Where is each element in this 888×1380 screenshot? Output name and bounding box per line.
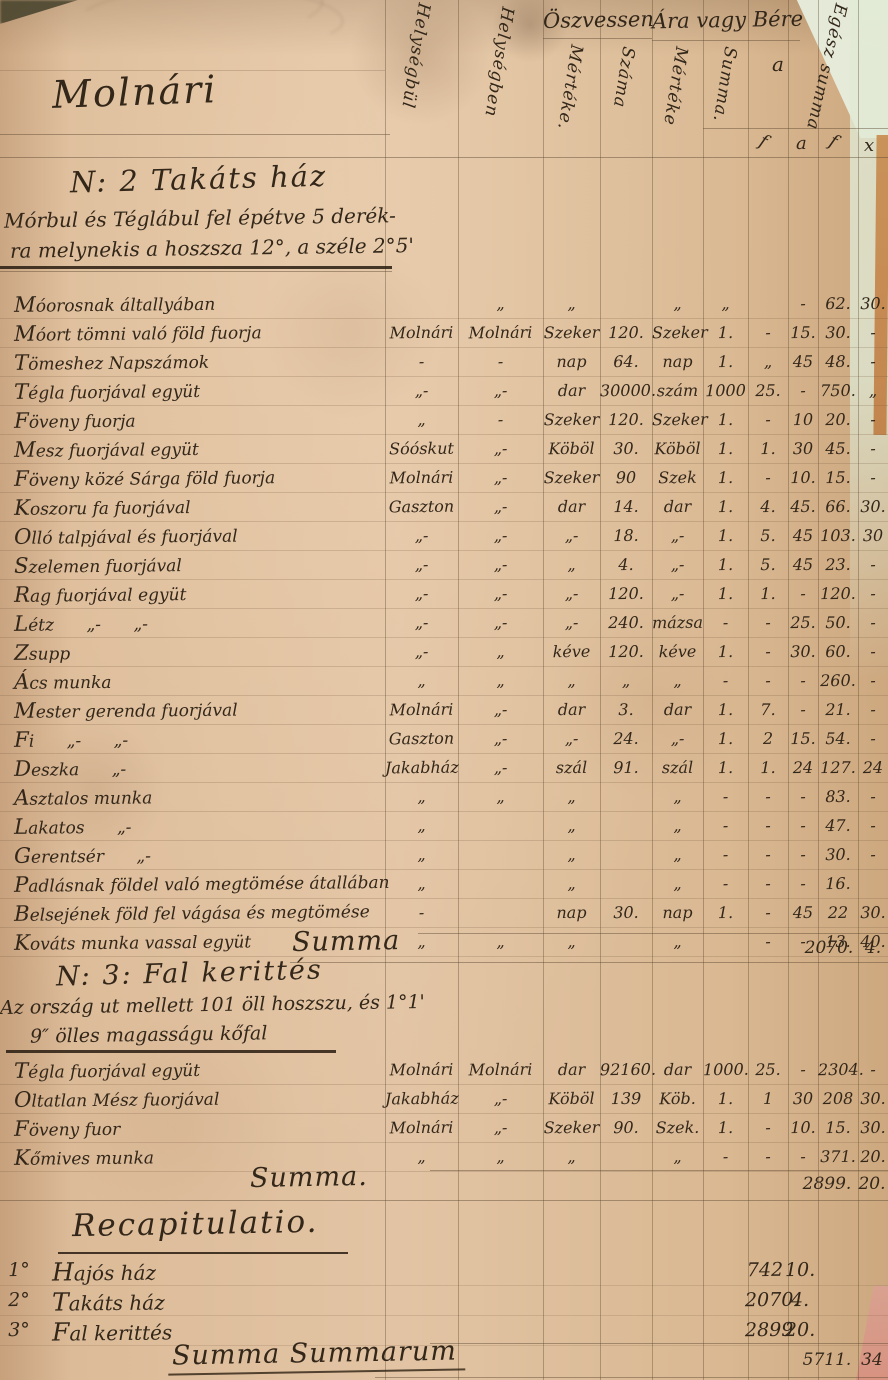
cell: -	[748, 470, 788, 486]
cell: Molnári	[458, 325, 543, 342]
grand-total-line	[375, 1377, 888, 1378]
cell: „-	[458, 1091, 543, 1108]
summa-line	[0, 1200, 888, 1201]
cell: nap	[543, 905, 600, 922]
section-description: 9″ ölles magasságu kőfal	[30, 1022, 268, 1047]
item-description: Móort tömni való föld fuorja	[0, 320, 385, 345]
cell: nap	[652, 354, 703, 371]
cell	[579, 1300, 630, 1301]
column-header-in: Helységben	[475, 5, 518, 154]
cell: 1000	[703, 383, 748, 399]
cell: 208	[818, 1091, 858, 1107]
cell: 20.	[858, 1149, 888, 1165]
recap-row: 2°Takáts ház2070.4.	[0, 1286, 888, 1316]
cell: -	[703, 847, 748, 863]
cell: -	[858, 441, 888, 457]
cell: 83.	[818, 789, 858, 805]
cell: „	[652, 847, 703, 864]
cell: -	[858, 731, 888, 747]
cell: 1.	[703, 586, 748, 602]
cell: „	[652, 673, 703, 690]
item-description: Tömeshez Napszámok	[0, 349, 385, 374]
table-row: Föveny fuorMolnári„-Szeker90.Szek.1.-10.…	[0, 1114, 888, 1143]
table-row: Gerentsér „-„„„---30.-	[0, 841, 888, 870]
cell: -	[748, 789, 788, 805]
item-description: Lakatos „-	[0, 813, 385, 838]
cell: Szeker	[543, 412, 600, 429]
cell: kéve	[543, 644, 600, 661]
cell: 92160.	[600, 1062, 652, 1079]
cell: 1	[748, 1091, 788, 1107]
cell: -	[385, 905, 458, 922]
cell: „	[458, 934, 543, 951]
recap-rows: 1°Hajós ház74210.2°Takáts ház2070.4.3°Fa…	[0, 1256, 888, 1346]
cell: „-	[385, 586, 458, 603]
cell: 10.	[788, 1120, 818, 1136]
cell	[600, 1157, 652, 1158]
cell: 16.	[818, 876, 858, 892]
cell: „-	[543, 528, 600, 545]
cell: 30.	[788, 644, 818, 660]
cell	[470, 1330, 527, 1331]
cell: Molnári	[458, 1062, 543, 1079]
cell	[458, 913, 543, 914]
cell: „	[858, 383, 888, 399]
currency-mark-kreuzer: x	[864, 135, 874, 156]
cell: dar	[543, 499, 600, 516]
cell: 1.	[703, 412, 748, 428]
recap-forint: 2899	[745, 1321, 785, 1340]
item-description: Föveny fuor	[0, 1115, 385, 1140]
cell: 30.	[858, 1091, 888, 1107]
cell: „-	[652, 528, 703, 545]
cell: „-	[652, 731, 703, 748]
cell: „	[652, 818, 703, 835]
cell: 260.	[818, 673, 858, 689]
cell	[470, 1300, 527, 1301]
cell	[600, 304, 652, 305]
cell: „	[385, 789, 458, 806]
ruling-line	[0, 134, 390, 135]
summa-forint: 2899.	[798, 1174, 856, 1194]
cell: 30	[858, 528, 888, 544]
cell: 1.	[703, 499, 748, 515]
cell: -	[458, 354, 543, 371]
cell: 22	[818, 905, 858, 921]
recap-number: 2°	[0, 1291, 38, 1310]
group-underline	[543, 38, 652, 39]
cell: „-	[385, 644, 458, 661]
table-row: Létz „- „-„-„-„-240.mázsa--25.50.-	[0, 609, 888, 638]
table-row: Koszoru fa fuorjávalGaszton„-dar14.dar1.…	[0, 493, 888, 522]
cell: 5.	[748, 557, 788, 573]
cell: „	[703, 296, 748, 312]
cell: „	[458, 789, 543, 806]
cell: 1.	[703, 731, 748, 747]
cell: 7.	[748, 702, 788, 718]
cell: 54.	[818, 731, 858, 747]
table-row: Tégla fuorjával együt„-„-dar30000.szám10…	[0, 377, 888, 406]
cell: Molnári	[385, 1120, 458, 1137]
cell: 1.	[703, 557, 748, 573]
ledger-page: Molnári Helységbül Helységben Öszvessen …	[0, 0, 888, 1380]
cell	[600, 797, 652, 798]
cell: -	[788, 789, 818, 805]
cell: kéve	[652, 644, 703, 661]
cell: „-	[543, 731, 600, 748]
cell: 48.	[818, 354, 858, 370]
section-description: Az ország ut mellett 101 öll hoszszu, és…	[0, 991, 425, 1019]
cell: 18.	[600, 528, 652, 545]
cell: -	[703, 1149, 748, 1165]
cell: „-	[652, 557, 703, 574]
cell: „-	[458, 499, 543, 516]
cell: 1.	[703, 905, 748, 921]
cell: „	[543, 934, 600, 951]
section-heading: N: 2 Takáts ház	[70, 159, 328, 200]
summa-kreuzer: 20.	[856, 1174, 888, 1194]
cell: „	[652, 876, 703, 893]
cell: -	[788, 296, 818, 312]
cell: 5.	[748, 528, 788, 544]
recap-name: Hajós ház	[38, 1256, 385, 1285]
section-heading: N: 3: Fal kerittés	[56, 955, 324, 993]
cell: 1.	[703, 1120, 748, 1136]
cell	[527, 1270, 579, 1271]
cell: „	[385, 876, 458, 893]
cell	[579, 1330, 630, 1331]
table-row: Deszka „-Jakabház„-szál91.szál1.1.24127.…	[0, 754, 888, 783]
cell	[458, 855, 543, 856]
recap-kreuzer: 4.	[785, 1291, 815, 1310]
cell: -	[858, 586, 888, 602]
cell: -	[858, 354, 888, 370]
cell: Szeker	[652, 412, 703, 429]
cell: 750.	[818, 383, 858, 399]
cell: 30	[788, 441, 818, 457]
cell: 15.	[818, 1120, 858, 1136]
cell: -	[788, 818, 818, 834]
cell: -	[858, 325, 888, 341]
cell: „-	[385, 383, 458, 400]
summa-label: Summa	[292, 925, 401, 958]
cell: 4.	[600, 557, 652, 574]
cell: szál	[543, 760, 600, 777]
cell: 1.	[748, 760, 788, 776]
item-description: Gerentsér „-	[0, 842, 385, 867]
cell: Köböl	[543, 1091, 600, 1108]
table-row: Zsupp„-„kéve120.kéve1.-30.60.-	[0, 638, 888, 667]
item-description: Móorosnak általlyában	[0, 291, 385, 316]
cell: 50.	[818, 615, 858, 631]
cell: Szeker	[543, 325, 600, 342]
cell: 1.	[703, 702, 748, 718]
cell: -	[858, 412, 888, 428]
cell: -	[788, 383, 818, 399]
cell: „	[543, 847, 600, 864]
item-description: Rag fuorjával együt	[0, 581, 385, 606]
cell: -	[748, 847, 788, 863]
table-row: Padlásnak földel való megtömése átallába…	[0, 870, 888, 899]
cell: -	[748, 1120, 788, 1136]
subcolumn-summa: Summa.	[704, 45, 741, 155]
item-description: Mesz fuorjával együt	[0, 436, 385, 461]
cell: -	[788, 1062, 818, 1078]
cell: Szek	[652, 470, 703, 487]
cell	[385, 1330, 470, 1331]
cell: -	[788, 702, 818, 718]
cell: „-	[543, 615, 600, 632]
cell: 24.	[600, 731, 652, 748]
cell: -	[858, 644, 888, 660]
cell: „	[652, 934, 703, 951]
cell: -	[788, 673, 818, 689]
cell: Molnári	[385, 702, 458, 719]
cell: „-	[385, 615, 458, 632]
cell: „	[458, 644, 543, 661]
cell: 45	[788, 905, 818, 921]
header-bottom-line	[0, 157, 888, 158]
cell: 120.	[600, 586, 652, 603]
cell: 45.	[818, 441, 858, 457]
cell: 15.	[818, 470, 858, 486]
cell: „	[385, 412, 458, 429]
cell	[458, 884, 543, 885]
cell	[600, 826, 652, 827]
section-underline	[0, 271, 392, 272]
cell: 15.	[788, 325, 818, 341]
table-row: Mesz fuorjával együtSóóskut„-Köböl30.Köb…	[0, 435, 888, 464]
cell: 2304.	[818, 1062, 858, 1078]
cell: -	[858, 673, 888, 689]
cell: „-	[458, 615, 543, 632]
table-row: Oltatlan Mész fuorjávalJakabház„-Köböl13…	[0, 1085, 888, 1114]
currency-mark-forint: f	[756, 131, 771, 153]
cell: dar	[543, 702, 600, 719]
cell: 45	[788, 354, 818, 370]
table-row: Olló talpjával és fuorjával„-„-„-18.„-1.…	[0, 522, 888, 551]
item-description: Föveny közé Sárga föld fuorja	[0, 465, 385, 490]
cell	[600, 942, 652, 943]
summa-label: Summa.	[250, 1161, 368, 1194]
item-description: Olló talpjával és fuorjával	[0, 523, 385, 548]
cell: 30.	[818, 325, 858, 341]
cell: -	[748, 615, 788, 631]
cell: „	[543, 818, 600, 835]
recap-name: Takáts ház	[38, 1286, 385, 1315]
cell: -	[748, 412, 788, 428]
cell: 120.	[818, 586, 858, 602]
page-title: Molnári	[51, 67, 218, 117]
section-description: ra melynekis a hoszsza 12°, a széle 2°5'	[10, 233, 414, 263]
cell: -	[858, 847, 888, 863]
cell: -	[748, 876, 788, 892]
cell: -	[748, 818, 788, 834]
table-row: Fi „- „-Gaszton„-„-24.„-1.215.54.-	[0, 725, 888, 754]
cell	[527, 1330, 579, 1331]
cell: dar	[652, 702, 703, 719]
cell: 30.	[858, 296, 888, 312]
cell: 60.	[818, 644, 858, 660]
cell: -	[858, 818, 888, 834]
cell: 240.	[600, 615, 652, 632]
table-row: Lakatos „-„„„---47.-	[0, 812, 888, 841]
cell: -	[858, 615, 888, 631]
cell: Szeker	[543, 470, 600, 487]
cell: Köb.	[652, 1091, 703, 1108]
cell: 1.	[703, 760, 748, 776]
cell: mázsa	[652, 615, 703, 632]
cell: nap	[652, 905, 703, 922]
column-header-from: Helységbül	[390, 1, 434, 154]
cell: -	[748, 644, 788, 660]
grand-total-kreuzer: 34	[856, 1350, 888, 1370]
table-row: Belsejének föld fel vágása és megtömése-…	[0, 899, 888, 928]
recap-number: 3°	[0, 1321, 38, 1340]
table-row: Kováts munka vassal együt„„„„--13.40.	[0, 928, 888, 957]
cell: -	[703, 818, 748, 834]
recap-underline	[58, 1252, 348, 1254]
currency-mark-forint: f	[826, 131, 841, 153]
cell: -	[703, 876, 748, 892]
cell: 1.	[703, 354, 748, 370]
section-description: Mórbul és Téglábul fel épétve 5 derék-	[4, 203, 396, 232]
subcolumn-measure-2: Mértéke	[655, 45, 692, 155]
cell: nap	[543, 354, 600, 371]
cell: 103.	[818, 528, 858, 544]
cell: -	[858, 789, 888, 805]
table-row: Szelemen fuorjával„-„-„4.„-1.5.4523.-	[0, 551, 888, 580]
cell: Jakabház	[385, 1091, 458, 1108]
cell: „	[543, 876, 600, 893]
table-row: Rag fuorjával együt„-„-„-120.„-1.1.-120.…	[0, 580, 888, 609]
item-description: Fi „- „-	[0, 726, 385, 751]
cell: 1.	[703, 528, 748, 544]
cell: -	[748, 905, 788, 921]
cell: 24	[788, 760, 818, 776]
section-rows: Móorosnak általlyában„„„„-62.30.Móort tö…	[0, 290, 888, 957]
section-underline	[0, 266, 392, 269]
cell: 30.	[600, 441, 652, 458]
cell: 30.	[858, 499, 888, 515]
grand-total-forint: 5711.	[798, 1350, 856, 1370]
item-description: Föveny fuorja	[0, 407, 385, 432]
cell: -	[858, 1062, 888, 1078]
cell: Molnári	[385, 470, 458, 487]
group-header-price: Ára vagy Bére	[650, 7, 805, 34]
cell: „	[543, 789, 600, 806]
cell: 30000.	[600, 383, 652, 400]
cell: 1.	[703, 470, 748, 486]
item-description: Tégla fuorjával együt	[0, 1057, 385, 1082]
cell: „	[652, 789, 703, 806]
cell	[470, 1270, 527, 1271]
cell: 1.	[748, 586, 788, 602]
group-underline	[652, 40, 800, 41]
cell: „-	[458, 731, 543, 748]
cell: 90.	[600, 1120, 652, 1137]
cell: 21.	[818, 702, 858, 718]
item-description: Létz „- „-	[0, 610, 385, 635]
item-description: Belsejének föld fel vágása és megtömése	[0, 900, 385, 925]
scan-edge-top-left	[0, 0, 78, 24]
cell: 139	[600, 1091, 652, 1108]
cell: 25.	[748, 383, 788, 399]
item-description: Deszka „-	[0, 755, 385, 780]
cell: 90	[600, 470, 652, 487]
cell: 45	[788, 557, 818, 573]
cell: -	[858, 702, 888, 718]
cell: 64.	[600, 354, 652, 371]
item-description: Mester gerenda fuorjával	[0, 697, 385, 722]
item-description: Asztalos munka	[0, 784, 385, 809]
cell: „	[652, 296, 703, 313]
group-header-total: Öszvessen	[543, 7, 652, 33]
cell: Szek.	[652, 1120, 703, 1137]
table-row: Föveny közé Sárga föld fuorjaMolnári„-Sz…	[0, 464, 888, 493]
cell: 1.	[748, 441, 788, 457]
cell: 10.	[788, 470, 818, 486]
section-underline	[6, 1050, 336, 1053]
cell: „	[385, 1149, 458, 1166]
cell	[385, 1270, 470, 1271]
cell: 2	[748, 731, 788, 747]
cell: 62.	[818, 296, 858, 312]
table-row: Móort tömni való föld fuorjaMolnáriMolná…	[0, 319, 888, 348]
table-row: Ács munka„„„„„---260.-	[0, 667, 888, 696]
cell: -	[748, 934, 788, 950]
cell: „	[458, 296, 543, 313]
cell	[600, 884, 652, 885]
cell: szám	[652, 383, 703, 400]
cell: „	[385, 847, 458, 864]
cell: „-	[458, 383, 543, 400]
cell: „	[458, 1149, 543, 1166]
cell: „	[543, 1149, 600, 1166]
cell: -	[748, 325, 788, 341]
summa-kreuzer: 4.	[858, 938, 888, 958]
cell: Köböl	[543, 441, 600, 458]
cell: „-	[385, 557, 458, 574]
cell: szál	[652, 760, 703, 777]
cell: 120.	[600, 325, 652, 342]
cell: -	[788, 1149, 818, 1165]
recap-forint: 2070.	[745, 1291, 785, 1310]
cell: 1.	[703, 1091, 748, 1107]
cell: 20.	[818, 412, 858, 428]
cell: -	[788, 847, 818, 863]
cell	[600, 855, 652, 856]
cell: „	[543, 673, 600, 690]
item-description: Padlásnak földel való megtömése átallába…	[0, 871, 385, 896]
section-rows: Tégla fuorjával együtMolnáriMolnáridar92…	[0, 1056, 888, 1172]
cell: -	[858, 557, 888, 573]
cell: „-	[458, 1120, 543, 1137]
item-description: Szelemen fuorjával	[0, 552, 385, 577]
table-row: Asztalos munka„„„„---83.-	[0, 783, 888, 812]
cell	[385, 1300, 470, 1301]
cell: 30	[788, 1091, 818, 1107]
table-row: Móorosnak általlyában„„„„-62.30.	[0, 290, 888, 319]
table-row: Föveny fuorja„-Szeker120.Szeker1.-1020.-	[0, 406, 888, 435]
cell: Molnári	[385, 1062, 458, 1079]
cell: 14.	[600, 499, 652, 516]
cell: 1.	[703, 644, 748, 660]
cell: -	[748, 1149, 788, 1165]
cell: „-	[458, 702, 543, 719]
cell: Gaszton	[385, 731, 458, 748]
ruling-line	[703, 128, 888, 129]
